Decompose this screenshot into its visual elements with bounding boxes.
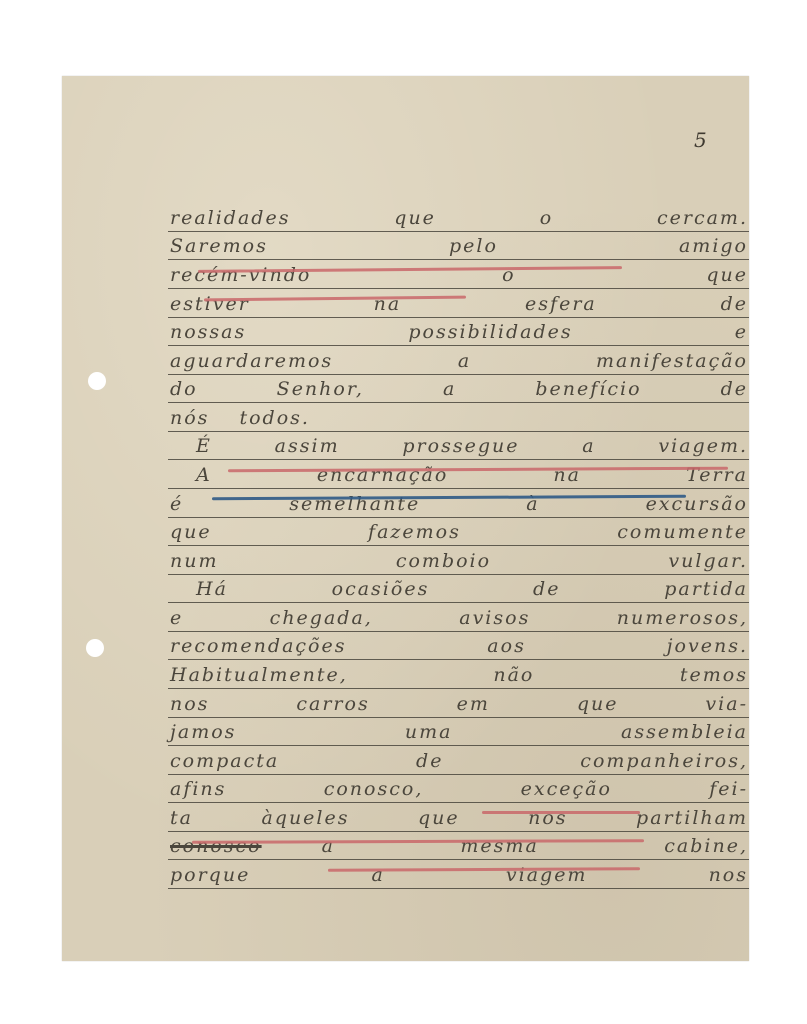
manuscript-line: recomendações aos jovens.: [170, 632, 748, 660]
manuscript-line: porque a viagem nos: [170, 861, 748, 889]
manuscript-line: conosco a mesma cabine,: [170, 832, 748, 860]
punch-hole-bottom: [86, 639, 104, 657]
manuscript-line: do Senhor, a benefício de: [170, 375, 748, 403]
manuscript-line: A encarnação na Terra: [170, 461, 748, 489]
manuscript-line: estiver na esfera de: [170, 290, 748, 318]
manuscript-line: Habitualmente, não temos: [170, 661, 748, 689]
line-remainder: a mesma cabine,: [322, 832, 748, 860]
manuscript-line: e chegada, avisos numerosos,: [170, 604, 748, 632]
manuscript-line: num comboio vulgar.: [170, 547, 748, 575]
page-number: 5: [694, 128, 707, 152]
manuscript-line: Saremos pelo amigo: [170, 232, 748, 260]
struck-word: conosco: [170, 832, 262, 860]
manuscript-line: que fazemos comumente: [170, 518, 748, 546]
manuscript-line: realidades que o cercam.: [170, 204, 748, 232]
manuscript-line: aguardaremos a manifestação: [170, 347, 748, 375]
punch-hole-top: [88, 372, 106, 390]
manuscript-line: compacta de companheiros,: [170, 747, 748, 775]
manuscript-line: jamos uma assembleia: [170, 718, 748, 746]
manuscript-line: recém-vindo o que: [170, 261, 748, 289]
manuscript-page: 5 realidades que o cercam. Saremos pelo …: [62, 76, 749, 961]
manuscript-line: nós todos.: [170, 404, 748, 432]
manuscript-line: afins conosco, exceção fei-: [170, 775, 748, 803]
manuscript-line: Há ocasiões de partida: [170, 575, 748, 603]
manuscript-line: ta àqueles que nos partilham: [170, 804, 748, 832]
red-pencil-underline: [482, 811, 640, 814]
manuscript-line: É assim prossegue a viagem.: [170, 432, 748, 460]
manuscript-line: nos carros em que via-: [170, 690, 748, 718]
manuscript-line: nossas possibilidades e: [170, 318, 748, 346]
